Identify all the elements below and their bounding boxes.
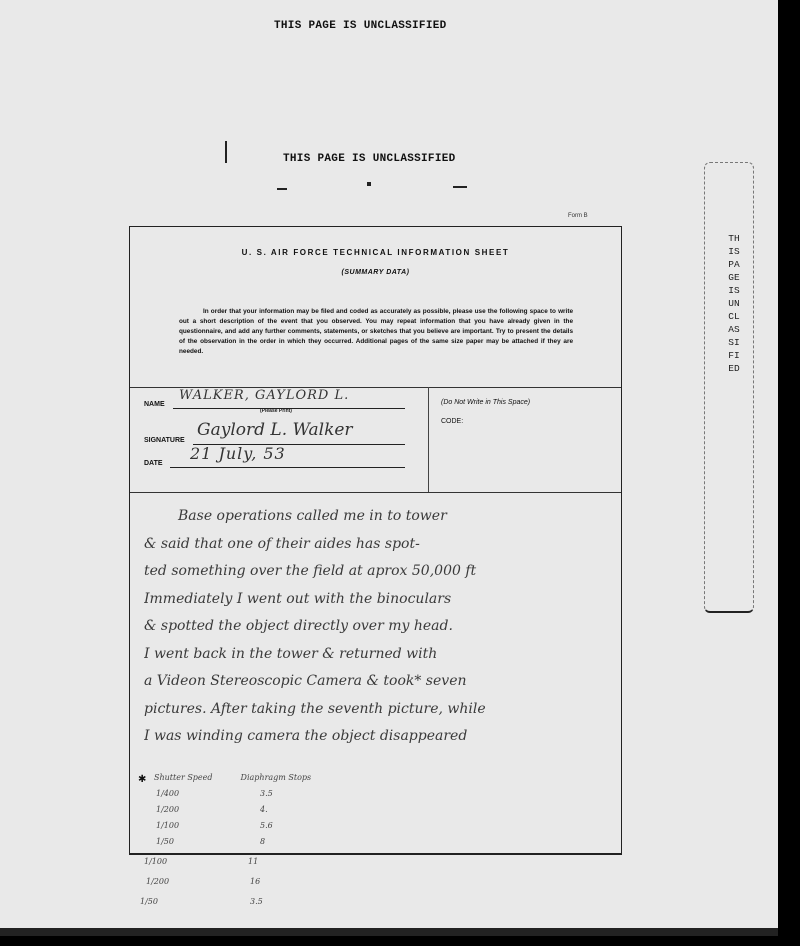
signature-field[interactable]: Gaylord L. Walker [193,430,405,445]
asterisk-mark: ✱ [138,774,146,785]
page-edge-mark [0,928,778,936]
side-classification-box [704,162,754,613]
code-label: CODE: [441,418,463,425]
narrative-line: I was winding camera the object disappea… [144,723,614,751]
table-row: 1/20016 [146,877,260,886]
handwritten-narrative: Base operations called me in to tower & … [144,503,614,751]
form-instructions: In order that your information may be fi… [179,307,573,357]
classification-stamp-top: THIS PAGE IS UNCLASSIFIED [274,20,447,32]
classification-stamp-upper: THIS PAGE IS UNCLASSIFIED [283,153,456,165]
form-number: Form B [568,213,588,219]
bracket-mark [225,141,227,163]
narrative-line: I went back in the tower & returned with [144,641,614,669]
date-value: 21 July, 53 [190,444,286,463]
signature-label: SIGNATURE [144,437,185,444]
office-use-label: (Do Not Write in This Space) [441,399,530,406]
table-row: 1/2004. [156,805,268,814]
please-print-hint: (Please Print) [260,408,292,414]
table-row: 1/4003.5 [156,789,273,798]
dash-mark [367,182,371,186]
table-row: 1/1005.6 [156,821,273,830]
divider [130,492,621,493]
signature-value: Gaylord L. Walker [197,420,353,440]
dash-mark [277,188,287,190]
table-row: 1/10011 [144,857,258,866]
narrative-line: Base operations called me in to tower [144,503,614,531]
date-label: DATE [144,460,163,467]
table-row: 1/508 [156,837,265,846]
date-field[interactable]: 21 July, 53 [170,453,405,468]
narrative-line: & spotted the object directly over my he… [144,613,614,641]
scanned-page: THIS PAGE IS UNCLASSIFIED THIS PAGE IS U… [0,0,778,936]
technical-information-sheet: U. S. AIR FORCE TECHNICAL INFORMATION SH… [129,226,622,855]
divider [428,387,429,492]
header-shutter: Shutter Speed [154,773,238,782]
side-classification-stamp: THIS PAGE IS UNCLASSIFIED [728,232,740,375]
narrative-line: ted something over the field at aprox 50… [144,558,614,586]
table-row: 1/503.5 [140,897,263,906]
narrative-line: & said that one of their aides has spot- [144,531,614,559]
narrative-line: a Videon Stereoscopic Camera & took* sev… [144,668,614,696]
narrative-line: pictures. After taking the seventh pictu… [144,696,614,724]
dash-mark [453,186,467,188]
form-subtitle: (SUMMARY DATA) [130,269,621,276]
header-diaphragm: Diaphragm Stops [241,773,312,782]
table-header: Shutter Speed Diaphragm Stops [154,773,311,782]
name-label: NAME [144,401,165,408]
name-value: WALKER, GAYLORD L. [179,388,349,403]
form-title: U. S. AIR FORCE TECHNICAL INFORMATION SH… [130,248,621,257]
name-field[interactable]: WALKER, GAYLORD L. [173,394,405,409]
narrative-line: Immediately I went out with the binocula… [144,586,614,614]
